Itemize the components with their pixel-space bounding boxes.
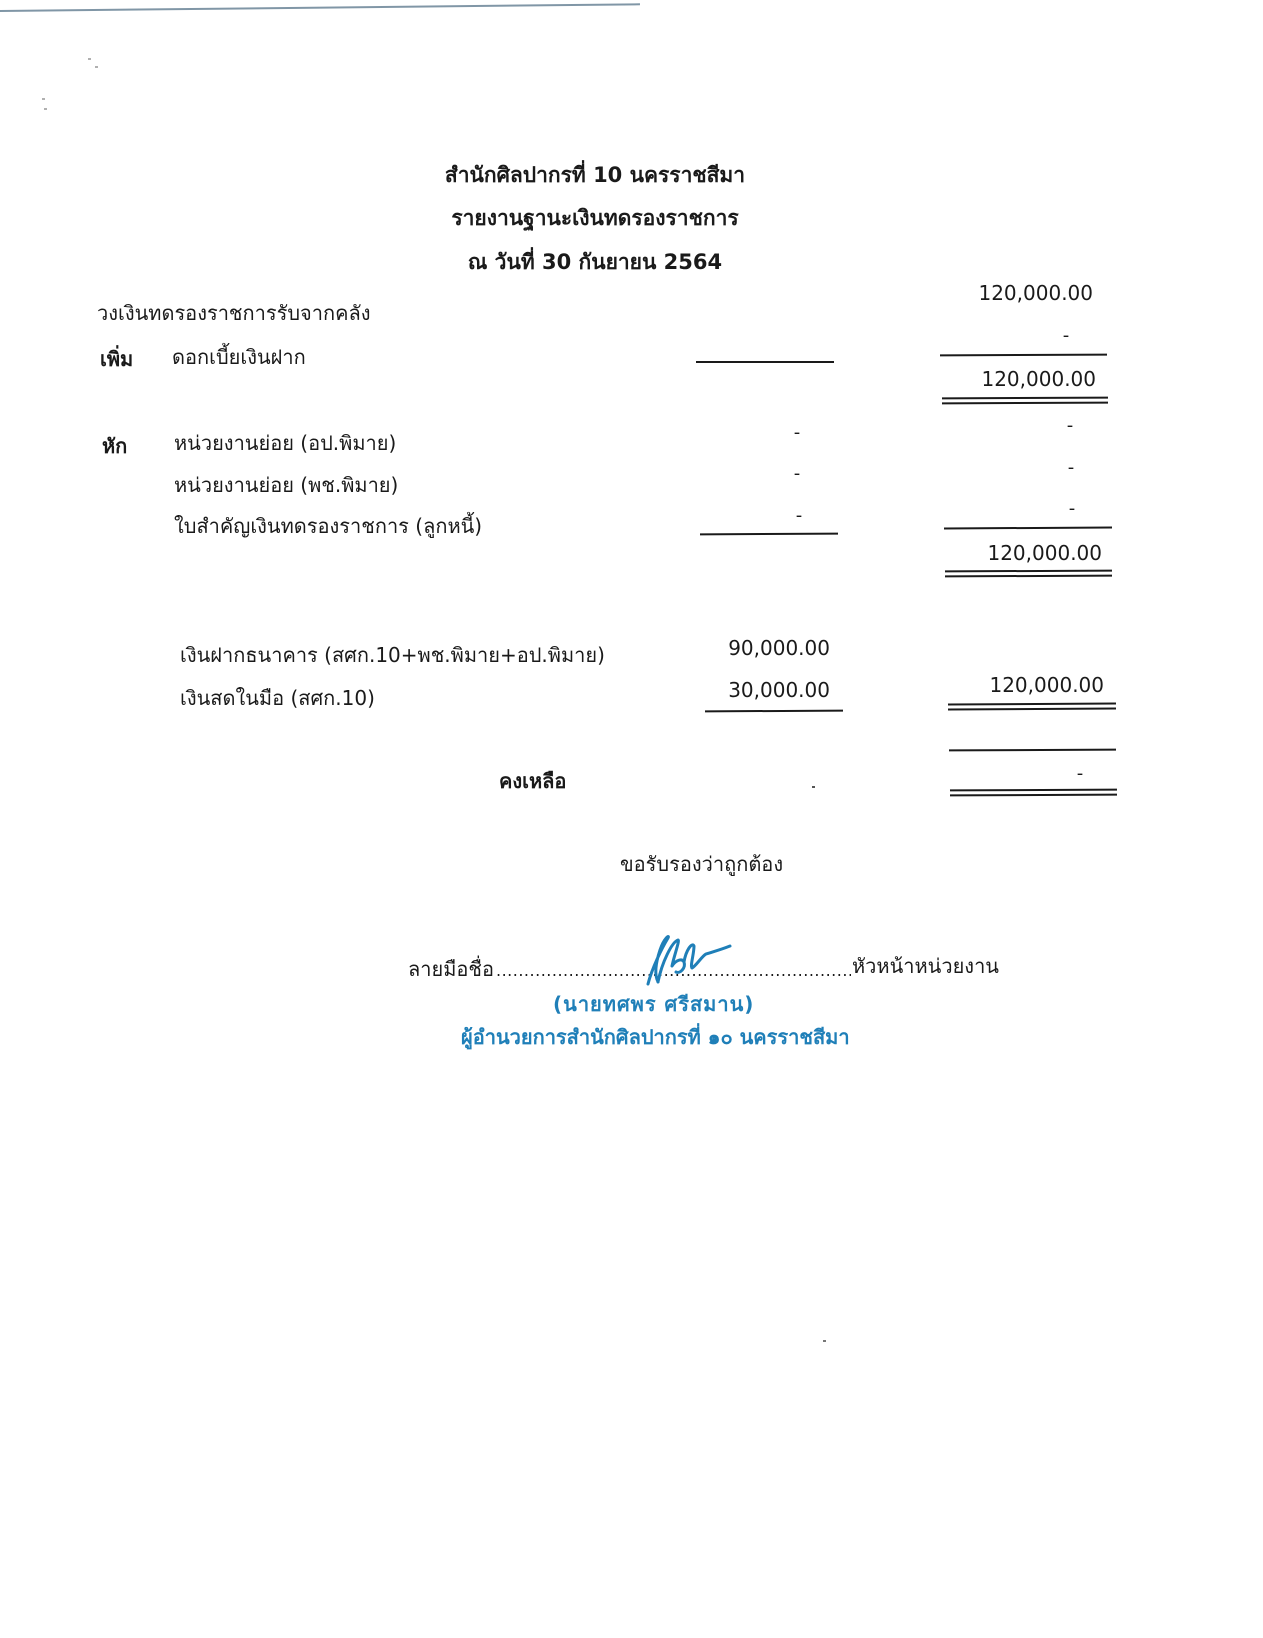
holdings-total-double-rule (948, 703, 1116, 711)
deduct-subtotal-double-rule (945, 570, 1112, 578)
add-total-rule (940, 354, 1107, 357)
signature-role: หัวหน้าหน่วยงาน (852, 953, 999, 979)
balance-amount: - (1070, 764, 1090, 784)
deduct-item-label: หน่วยงานย่อย (อป.พิมาย) (174, 430, 396, 456)
scan-speck (95, 66, 98, 68)
add-subtotal-double-rule (942, 397, 1108, 405)
cash-on-hand-label: เงินสดในมือ (สศก.10) (180, 685, 375, 711)
add-item-amount: - (1056, 326, 1076, 346)
signer-name: (นายทศพร ศรีสมาน) (553, 991, 754, 1017)
scan-speck (42, 98, 45, 100)
advance-limit-label: วงเงินทดรองราชการรับจากคลัง (97, 300, 371, 326)
deduct-subtotal: 120,000.00 (944, 540, 1102, 566)
deduct-item-amount: - (1061, 458, 1081, 478)
deduct-item-label: ใบสำคัญเงินทดรองราชการ (ลูกหนี้) (174, 513, 482, 539)
handwritten-signature-icon (628, 932, 738, 994)
balance-rule (949, 749, 1116, 752)
report-date: ณ วันที่ 30 กันยายน 2564 (0, 248, 1190, 276)
scan-speck (823, 1340, 826, 1342)
balance-label: คงเหลือ (499, 768, 566, 794)
balance-double-rule (950, 789, 1117, 797)
bank-deposit-amount: 90,000.00 (700, 635, 830, 661)
signer-position: ผู้อำนวยการสำนักศิลปากรที่ ๑๐ นครราชสีมา (461, 1024, 850, 1050)
deduct-item-subamount: - (787, 423, 807, 443)
scan-edge-line (0, 3, 640, 12)
organization-title: สำนักศิลปากรที่ 10 นครราชสีมา (0, 161, 1190, 189)
deduct-item-subamount: - (787, 464, 807, 484)
cash-on-hand-amount: 30,000.00 (700, 677, 830, 703)
holdings-subcolumn-rule (705, 710, 843, 713)
deduct-item-subamount: - (789, 506, 809, 526)
add-prefix: เพิ่ม (100, 346, 133, 372)
certification-statement: ขอรับรองว่าถูกต้อง (620, 851, 783, 877)
deduct-subcolumn-rule (700, 533, 838, 536)
add-subcolumn-rule (696, 361, 834, 363)
add-item-label: ดอกเบี้ยเงินฝาก (172, 344, 306, 370)
holdings-total: 120,000.00 (948, 672, 1104, 698)
add-subtotal: 120,000.00 (940, 366, 1096, 392)
deduct-item-label: หน่วยงานย่อย (พช.พิมาย) (174, 472, 398, 498)
scan-speck (44, 108, 47, 110)
deduct-item-amount: - (1060, 416, 1080, 436)
scan-speck (812, 786, 815, 788)
bank-deposit-label: เงินฝากธนาคาร (สศก.10+พช.พิมาย+อป.พิมาย) (180, 642, 605, 668)
report-title: รายงานฐานะเงินทดรองราชการ (0, 204, 1190, 232)
scan-speck (88, 58, 91, 60)
signature-label: ลายมือชื่อ (408, 956, 494, 982)
deduct-total-rule (944, 527, 1112, 530)
deduct-prefix: หัก (102, 433, 127, 459)
advance-limit-amount: 120,000.00 (940, 280, 1093, 306)
deduct-item-amount: - (1062, 499, 1082, 519)
